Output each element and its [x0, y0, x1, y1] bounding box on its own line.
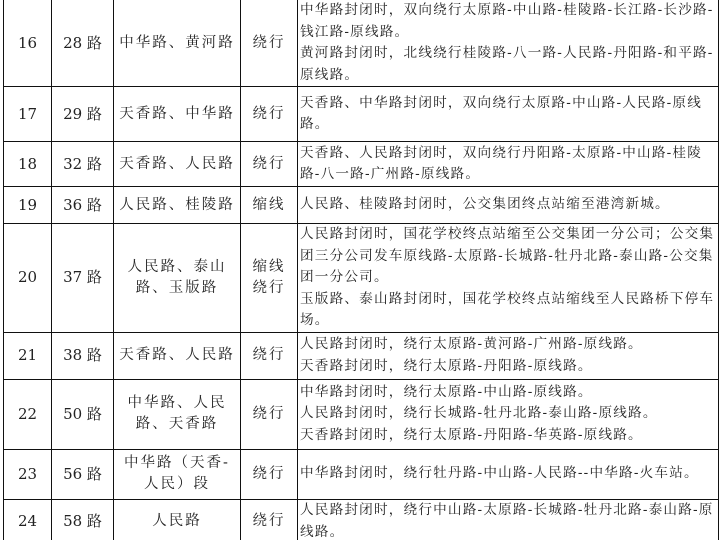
detour-description: 天香路、人民路封闭时，双向绕行丹阳路-太原路-中山路-桂陵路-八一路-广州路-原… — [298, 142, 719, 187]
row-number: 17 — [4, 87, 52, 142]
route-name: 32 路 — [52, 142, 114, 187]
detour-description: 人民路封闭时，绕行中山路-太原路-长城路-牡丹北路-泰山路-原线路。 — [298, 499, 719, 540]
route-name: 56 路 — [52, 449, 114, 499]
detour-line: 天香路封闭时，绕行太原路-丹阳路-原线路。 — [300, 356, 718, 378]
row-number: 22 — [4, 379, 52, 449]
row-number: 20 — [4, 224, 52, 333]
detour-description: 人民路、桂陵路封闭时，公交集团终点站缩至港湾新城。 — [298, 187, 719, 224]
detour-line: 天香路封闭时，绕行太原路-丹阳路-华英路-原线路。 — [300, 425, 718, 447]
table-row: 1628 路中华路、黄河路绕行中华路封闭时，双向绕行太原路-中山路-桂陵路-长江… — [4, 0, 719, 87]
closed-roads: 中华路、黄河路 — [114, 0, 241, 87]
detour-line: 人民路封闭时，国花学校终点站缩至公交集团一分公司；公交集团三分公司发车原线路-太… — [300, 224, 718, 289]
closed-roads: 人民路 — [114, 499, 241, 540]
detour-line: 中华路封闭时，绕行牡丹路-中山路-人民路--中华路-火车站。 — [300, 463, 718, 485]
detour-description: 中华路封闭时，双向绕行太原路-中山路-桂陵路-长江路-长沙路-钱江路-原线路。黄… — [298, 0, 719, 87]
closed-roads: 人民路、泰山路、玉版路 — [114, 224, 241, 333]
row-number: 18 — [4, 142, 52, 187]
route-name: 37 路 — [52, 224, 114, 333]
adjust-mode: 绕行 — [241, 142, 298, 187]
row-number: 21 — [4, 332, 52, 379]
adjust-mode: 缩线绕行 — [241, 224, 298, 333]
adjust-mode: 绕行 — [241, 379, 298, 449]
route-name: 58 路 — [52, 499, 114, 540]
closed-roads: 天香路、人民路 — [114, 332, 241, 379]
detour-description: 人民路封闭时，国花学校终点站缩至公交集团一分公司；公交集团三分公司发车原线路-太… — [298, 224, 719, 333]
route-name: 28 路 — [52, 0, 114, 87]
adjust-mode: 绕行 — [241, 499, 298, 540]
row-number: 16 — [4, 0, 52, 87]
detour-description: 中华路封闭时，绕行牡丹路-中山路-人民路--中华路-火车站。 — [298, 449, 719, 499]
detour-line: 天香路、中华路封闭时，双向绕行太原路-中山路-人民路-原线路。 — [300, 93, 718, 136]
table-row: 2458 路人民路绕行人民路封闭时，绕行中山路-太原路-长城路-牡丹北路-泰山路… — [4, 499, 719, 540]
table-row: 2138 路天香路、人民路绕行人民路封闭时，绕行太原路-黄河路-广州路-原线路。… — [4, 332, 719, 379]
detour-line: 人民路封闭时，绕行太原路-黄河路-广州路-原线路。 — [300, 334, 718, 356]
closed-roads: 中华路、人民路、天香路 — [114, 379, 241, 449]
row-number: 19 — [4, 187, 52, 224]
table-row: 1832 路天香路、人民路绕行天香路、人民路封闭时，双向绕行丹阳路-太原路-中山… — [4, 142, 719, 187]
detour-description: 人民路封闭时，绕行太原路-黄河路-广州路-原线路。天香路封闭时，绕行太原路-丹阳… — [298, 332, 719, 379]
route-name: 38 路 — [52, 332, 114, 379]
closed-roads: 中华路（天香-人民）段 — [114, 449, 241, 499]
table-body: 1628 路中华路、黄河路绕行中华路封闭时，双向绕行太原路-中山路-桂陵路-长江… — [4, 0, 719, 540]
table-row: 1729 路天香路、中华路绕行天香路、中华路封闭时，双向绕行太原路-中山路-人民… — [4, 87, 719, 142]
adjust-mode-line: 缩线 — [241, 257, 297, 278]
adjust-mode: 绕行 — [241, 449, 298, 499]
adjust-mode: 绕行 — [241, 0, 298, 87]
adjust-mode: 绕行 — [241, 87, 298, 142]
detour-description: 天香路、中华路封闭时，双向绕行太原路-中山路-人民路-原线路。 — [298, 87, 719, 142]
adjust-mode-line: 绕行 — [241, 278, 297, 299]
route-name: 29 路 — [52, 87, 114, 142]
adjust-mode: 绕行 — [241, 332, 298, 379]
closed-roads: 人民路、桂陵路 — [114, 187, 241, 224]
table-row: 2356 路中华路（天香-人民）段绕行中华路封闭时，绕行牡丹路-中山路-人民路-… — [4, 449, 719, 499]
closed-roads: 天香路、中华路 — [114, 87, 241, 142]
detour-line: 人民路封闭时，绕行中山路-太原路-长城路-牡丹北路-泰山路-原线路。 — [300, 500, 718, 540]
detour-line: 中华路封闭时，绕行太原路-中山路-原线路。 — [300, 382, 718, 404]
table-row: 2037 路人民路、泰山路、玉版路缩线绕行人民路封闭时，国花学校终点站缩至公交集… — [4, 224, 719, 333]
table-row: 2250 路中华路、人民路、天香路绕行中华路封闭时，绕行太原路-中山路-原线路。… — [4, 379, 719, 449]
detour-line: 人民路封闭时，绕行长城路-牡丹北路-泰山路-原线路。 — [300, 403, 718, 425]
detour-line: 天香路、人民路封闭时，双向绕行丹阳路-太原路-中山路-桂陵路-八一路-广州路-原… — [300, 143, 718, 186]
detour-description: 中华路封闭时，绕行太原路-中山路-原线路。人民路封闭时，绕行长城路-牡丹北路-泰… — [298, 379, 719, 449]
detour-line: 人民路、桂陵路封闭时，公交集团终点站缩至港湾新城。 — [300, 194, 718, 216]
bus-detour-table: 1628 路中华路、黄河路绕行中华路封闭时，双向绕行太原路-中山路-桂陵路-长江… — [3, 0, 719, 540]
detour-line: 玉版路、泰山路封闭时，国花学校终点站缩线至人民路桥下停车场。 — [300, 289, 718, 332]
row-number: 24 — [4, 499, 52, 540]
detour-line: 中华路封闭时，双向绕行太原路-中山路-桂陵路-长江路-长沙路-钱江路-原线路。 — [300, 0, 718, 43]
row-number: 23 — [4, 449, 52, 499]
closed-roads: 天香路、人民路 — [114, 142, 241, 187]
route-name: 36 路 — [52, 187, 114, 224]
adjust-mode: 缩线 — [241, 187, 298, 224]
detour-line: 黄河路封闭时，北线绕行桂陵路-八一路-人民路-丹阳路-和平路-原线路。 — [300, 43, 718, 86]
table-row: 1936 路人民路、桂陵路缩线人民路、桂陵路封闭时，公交集团终点站缩至港湾新城。 — [4, 187, 719, 224]
route-name: 50 路 — [52, 379, 114, 449]
